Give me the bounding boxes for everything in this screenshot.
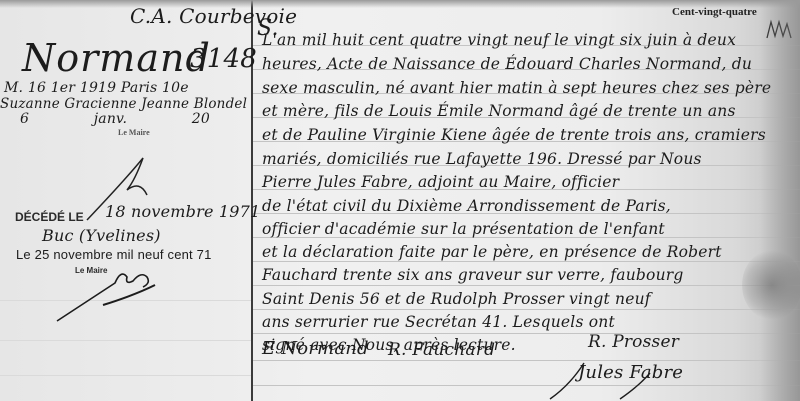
- ruled-line: [253, 309, 800, 310]
- registry-page: Cent-vingt-quatre C.A. Courbevoie Norman…: [0, 0, 800, 401]
- body-line-7: Pierre Jules Fabre, adjoint au Maire, of…: [262, 173, 619, 191]
- signature-witness-fauchard: R. Fauchard: [388, 340, 495, 360]
- margin-act-number: 3148: [190, 44, 257, 74]
- body-line-1: L'an mil huit cent quatre vingt neuf le …: [262, 31, 736, 49]
- ruled-line: [253, 385, 800, 386]
- death-note-date: 18 novembre 1971: [105, 202, 260, 221]
- ruled-line: [253, 285, 800, 286]
- body-line-2: heures, Acte de Naissance de Édouard Cha…: [262, 55, 752, 73]
- marriage-note-line1: M. 16 1er 1919 Paris 10e: [4, 80, 189, 96]
- marriage-note-line3: 6 janv. 20: [20, 111, 210, 127]
- death-note-place: Buc (Yvelines): [42, 226, 161, 245]
- marriage-note-printed-label: Le Maire: [118, 128, 150, 137]
- ruled-line: [253, 261, 800, 262]
- margin-surname: Normand: [22, 36, 211, 80]
- mayor-signature: [55, 265, 165, 325]
- body-line-8: de l'état civil du Dixième Arrondissemen…: [262, 197, 671, 215]
- body-line-13: ans serrurier rue Secrétan 41. Lesquels …: [262, 313, 615, 331]
- signature-father: E Normand: [262, 338, 369, 359]
- officer-signature-flourish: [540, 355, 660, 401]
- body-line-5: et de Pauline Virginie Kiene âgée de tre…: [262, 126, 766, 144]
- marriage-note-line2: Suzanne Gracienne Jeanne Blondel: [0, 96, 247, 112]
- body-line-10: et la déclaration faite par le père, en …: [262, 243, 722, 261]
- margin-ruled-line: [0, 340, 251, 341]
- body-line-11: Fauchard trente six ans graveur sur verr…: [262, 266, 684, 284]
- body-line-6: mariés, domiciliés rue Lafayette 196. Dr…: [262, 150, 702, 168]
- ruled-line: [253, 333, 800, 334]
- death-note-label: DÉCÉDÉ LE: [15, 210, 84, 224]
- body-line-9: officier d'académie sur la présentation …: [262, 220, 665, 238]
- body-line-4: et mère, fils de Louis Émile Normand âgé…: [262, 102, 736, 120]
- body-line-3: sexe masculin, né avant hier matin à sep…: [262, 79, 771, 97]
- ruled-line: [253, 360, 800, 361]
- signature-witness-prosser: R. Prosser: [588, 332, 679, 352]
- body-line-12: Saint Denis 56 et de Rudolph Prosser vin…: [262, 290, 651, 308]
- margin-ruled-line: [0, 375, 251, 376]
- death-note-attestation: Le 25 novembre mil neuf cent 71: [16, 247, 212, 262]
- top-edge-shadow: [0, 0, 800, 8]
- page-edge-shadow: [760, 0, 800, 401]
